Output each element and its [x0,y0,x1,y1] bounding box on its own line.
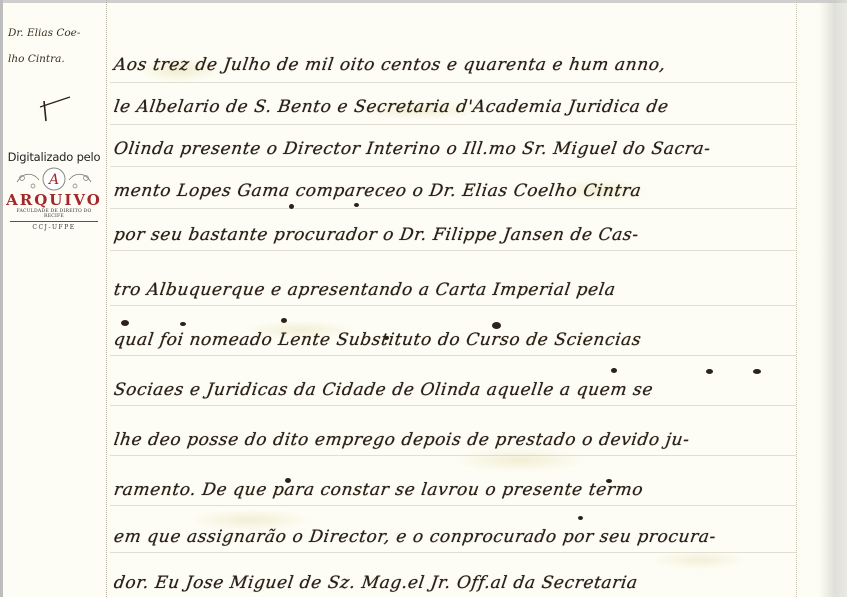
ruled-line [110,552,796,553]
ruled-line [110,505,796,506]
ink-blot [611,368,617,373]
ink-blot [492,322,501,329]
archive-emblem-icon: A [13,166,95,192]
ink-blot [354,203,359,207]
right-margin-rule [796,0,797,597]
manuscript-line: em que assignarão o Director, e o conpro… [113,527,796,547]
marginal-note-line: lho Cintra. [8,46,104,72]
manuscript-line: tro Albuquerque e apresentando a Carta I… [113,280,796,300]
ruled-line [110,208,796,209]
manuscript-line: Aos trez de Julho de mil oito centos e q… [113,55,796,75]
marginal-note-line: Dr. Elias Coe- [8,20,104,46]
watermark-label: Digitalizado pelo [4,150,104,164]
manuscript-line: ramento. De que para constar se lavrou o… [113,480,796,500]
manuscript-line: Olinda presente o Director Interino o Il… [113,139,796,159]
scan-left-edge [0,0,3,597]
manuscript-line: lhe deo posse do dito emprego depois de … [113,430,796,450]
watermark-subtitle: FACULDADE DE DIREITO DO RECIFE [10,209,98,222]
ink-blot [281,318,287,323]
manuscript-line: mento Lopes Gama compareceo o Dr. Elias … [113,181,796,201]
ruled-line [110,405,796,406]
cross-mark-icon [34,93,74,123]
left-margin-rule [106,0,107,597]
ink-blot [606,479,612,483]
ink-blot [285,478,291,483]
ink-blot [121,320,129,326]
manuscript-line: le Albelario de S. Bento e Secretaria d'… [113,97,796,117]
ink-blot [289,204,294,209]
marginal-note: Dr. Elias Coe- lho Cintra. [8,20,104,72]
ruled-line [110,250,796,251]
manuscript-page: Dr. Elias Coe- lho Cintra. Digitalizado … [0,0,847,597]
svg-text:A: A [47,172,59,188]
manuscript-line: por seu bastante procurador o Dr. Filipp… [113,225,796,245]
archive-watermark: Digitalizado pelo A ARQUIVO FACULDADE DE… [4,150,104,231]
ink-blot [384,336,389,340]
page-fold-shadow [819,0,847,597]
watermark-footer: CCJ-UFPE [4,224,104,231]
manuscript-line: qual foi nomeado Lente Substituto do Cur… [113,330,796,350]
watermark-title: ARQUIVO [4,192,104,209]
ruled-line [110,82,796,83]
scan-top-edge [0,0,847,3]
ink-blot [578,516,583,520]
ink-blot [180,322,186,326]
ink-blot [753,369,761,374]
ink-blot [706,369,713,374]
ruled-line [110,355,796,356]
ruled-line [110,455,796,456]
ruled-line [110,124,796,125]
ruled-line [110,305,796,306]
ruled-line [110,166,796,167]
manuscript-line: Sociaes e Juridicas da Cidade de Olinda … [113,380,796,400]
manuscript-line: dor. Eu Jose Miguel de Sz. Mag.el Jr. Of… [113,573,796,593]
